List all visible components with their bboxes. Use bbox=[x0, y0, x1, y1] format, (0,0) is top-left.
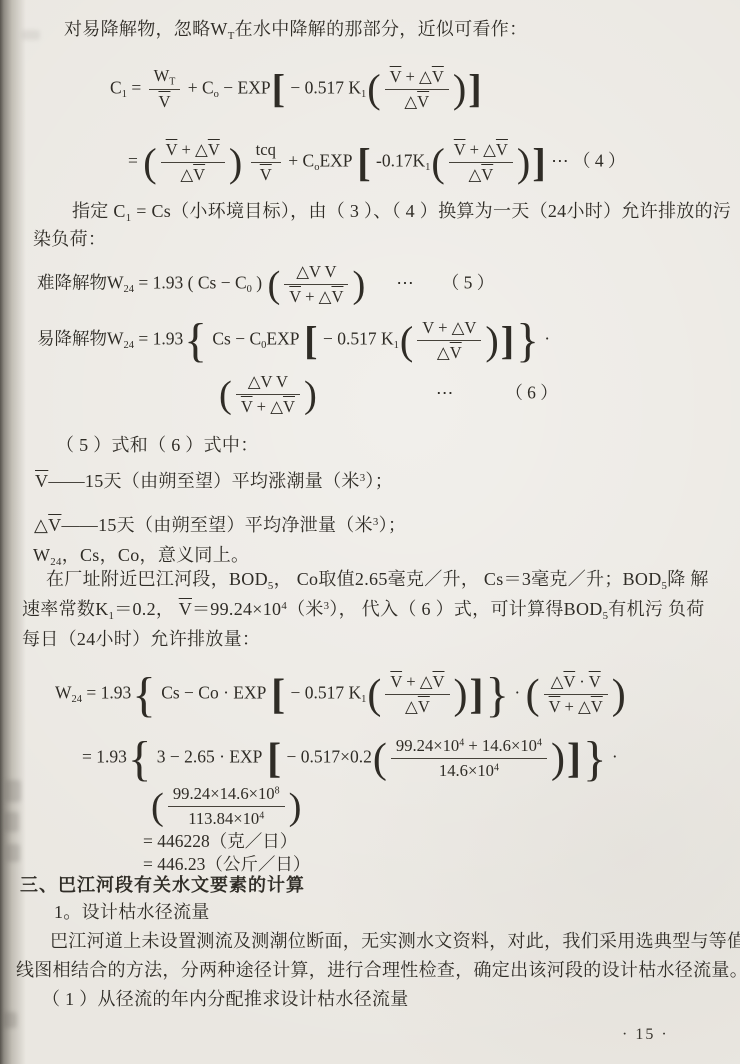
bleed-artifact bbox=[4, 812, 19, 832]
fraction: △V VV + △V bbox=[236, 372, 300, 417]
fraction: V + △V△V bbox=[385, 67, 449, 112]
scanned-page: 对易降解物，忽略WT在水中降解的那部分，近似可看作： C1 = WTV + Co… bbox=[0, 0, 740, 1064]
paragraph-river-line-2: 线图相结合的方法，分两种途径计算，进行合理性检查，确定出该河段的设计枯水径流量。 bbox=[16, 959, 740, 982]
section-heading: 三、巴江河段有关水文要素的计算 bbox=[20, 874, 305, 897]
formula-w24-line-2: = 1.93{ 3 − 2.65 · EXP [ − 0.517×0.2(99.… bbox=[82, 736, 618, 781]
formula-w24-line-1: W24 = 1.93{ Cs − Co · EXP [ − 0.517 K1(V… bbox=[55, 672, 627, 717]
fraction: V + △V△V bbox=[161, 140, 225, 185]
fraction: WTV bbox=[149, 66, 181, 112]
page-binding-shadow bbox=[0, 0, 26, 1064]
fraction: V + △V△V bbox=[449, 140, 513, 185]
paragraph-river-line-3: （ 1 ）从径流的年内分配推求设计枯水径流量 bbox=[42, 988, 409, 1011]
definition-W24: W24，Cs，Co，意义同上。 bbox=[33, 544, 249, 570]
fraction: 99.24×104 + 14.6×10414.6×104 bbox=[391, 736, 547, 781]
formula-4-line-1: C1 = WTV + Co − EXP[ − 0.517 K1(V + △V△V… bbox=[110, 66, 483, 112]
bleed-artifact bbox=[5, 780, 21, 802]
fraction: △V · VV + △V bbox=[544, 672, 608, 717]
paragraph-assign-line-2: 染负荷： bbox=[33, 228, 106, 251]
formula-6-line-2: (△V VV + △V)⋯（ 6 ） bbox=[218, 372, 558, 417]
paragraph-bod-line-2: 速率常数K1＝0.2， V＝99.24×104（米3）， 代入（ 6 ）式，可计… bbox=[22, 598, 705, 624]
result-kg-per-day: = 446.23（公斤／日） bbox=[143, 851, 310, 876]
result-grams-per-day: = 446228（克／日） bbox=[143, 828, 297, 853]
fraction: V + △V△V bbox=[417, 318, 481, 363]
bleed-artifact bbox=[3, 1012, 17, 1028]
formula-6-line-1: 易降解物W24 = 1.93{ Cs − C0EXP [ − 0.517 K1(… bbox=[37, 318, 550, 363]
intro-paragraph: 对易降解物，忽略WT在水中降解的那部分，近似可看作： bbox=[64, 18, 527, 44]
paragraph-river-line-1: 巴江河道上未设置测流及测潮位断面，无实测水文资料，对此，我们采用选典型与等值 bbox=[50, 930, 740, 953]
definition-V: V——15天（由朔至望）平均涨潮量（米3）； bbox=[35, 470, 393, 493]
fraction: tcqV bbox=[251, 140, 281, 185]
paragraph-bod-line-1: 在厂址附近巴江河段，BOD5， Co取值2.65毫克／升， Cs＝3毫克／升；B… bbox=[46, 568, 709, 594]
fraction: V + △V△V bbox=[385, 672, 449, 717]
formula-5: 难降解物W24 = 1.93 ( Cs − C0 ) (△V VV + △V)⋯… bbox=[37, 262, 494, 307]
subsection-title: 1。设计枯水径流量 bbox=[54, 901, 210, 924]
paragraph-bod-line-3: 每日（24小时）允许排放量： bbox=[22, 628, 260, 651]
paragraph-assign-line-1: 指定 C1 = Cs（小环境目标），由（ 3 ）、（ 4 ）换算为一天（24小时… bbox=[72, 200, 731, 226]
smudge-artifact bbox=[22, 30, 40, 40]
fraction: △V VV + △V bbox=[284, 262, 348, 307]
formula-4-line-2: = (V + △V△V) tcqV + CoEXP [ -0.17K1(V + … bbox=[128, 140, 625, 185]
page-number: · 15 · bbox=[622, 1026, 669, 1044]
fraction: 99.24×14.6×108113.84×104 bbox=[168, 784, 285, 829]
definition-delta-V: △V——15天（由朔至望）平均净泄量（米3）； bbox=[34, 514, 406, 537]
formula-w24-line-3: (99.24×14.6×108113.84×104) bbox=[150, 784, 302, 829]
bleed-artifact bbox=[6, 844, 20, 862]
formula-legend-intro: （ 5 ）式和（ 6 ）式中： bbox=[56, 434, 259, 457]
